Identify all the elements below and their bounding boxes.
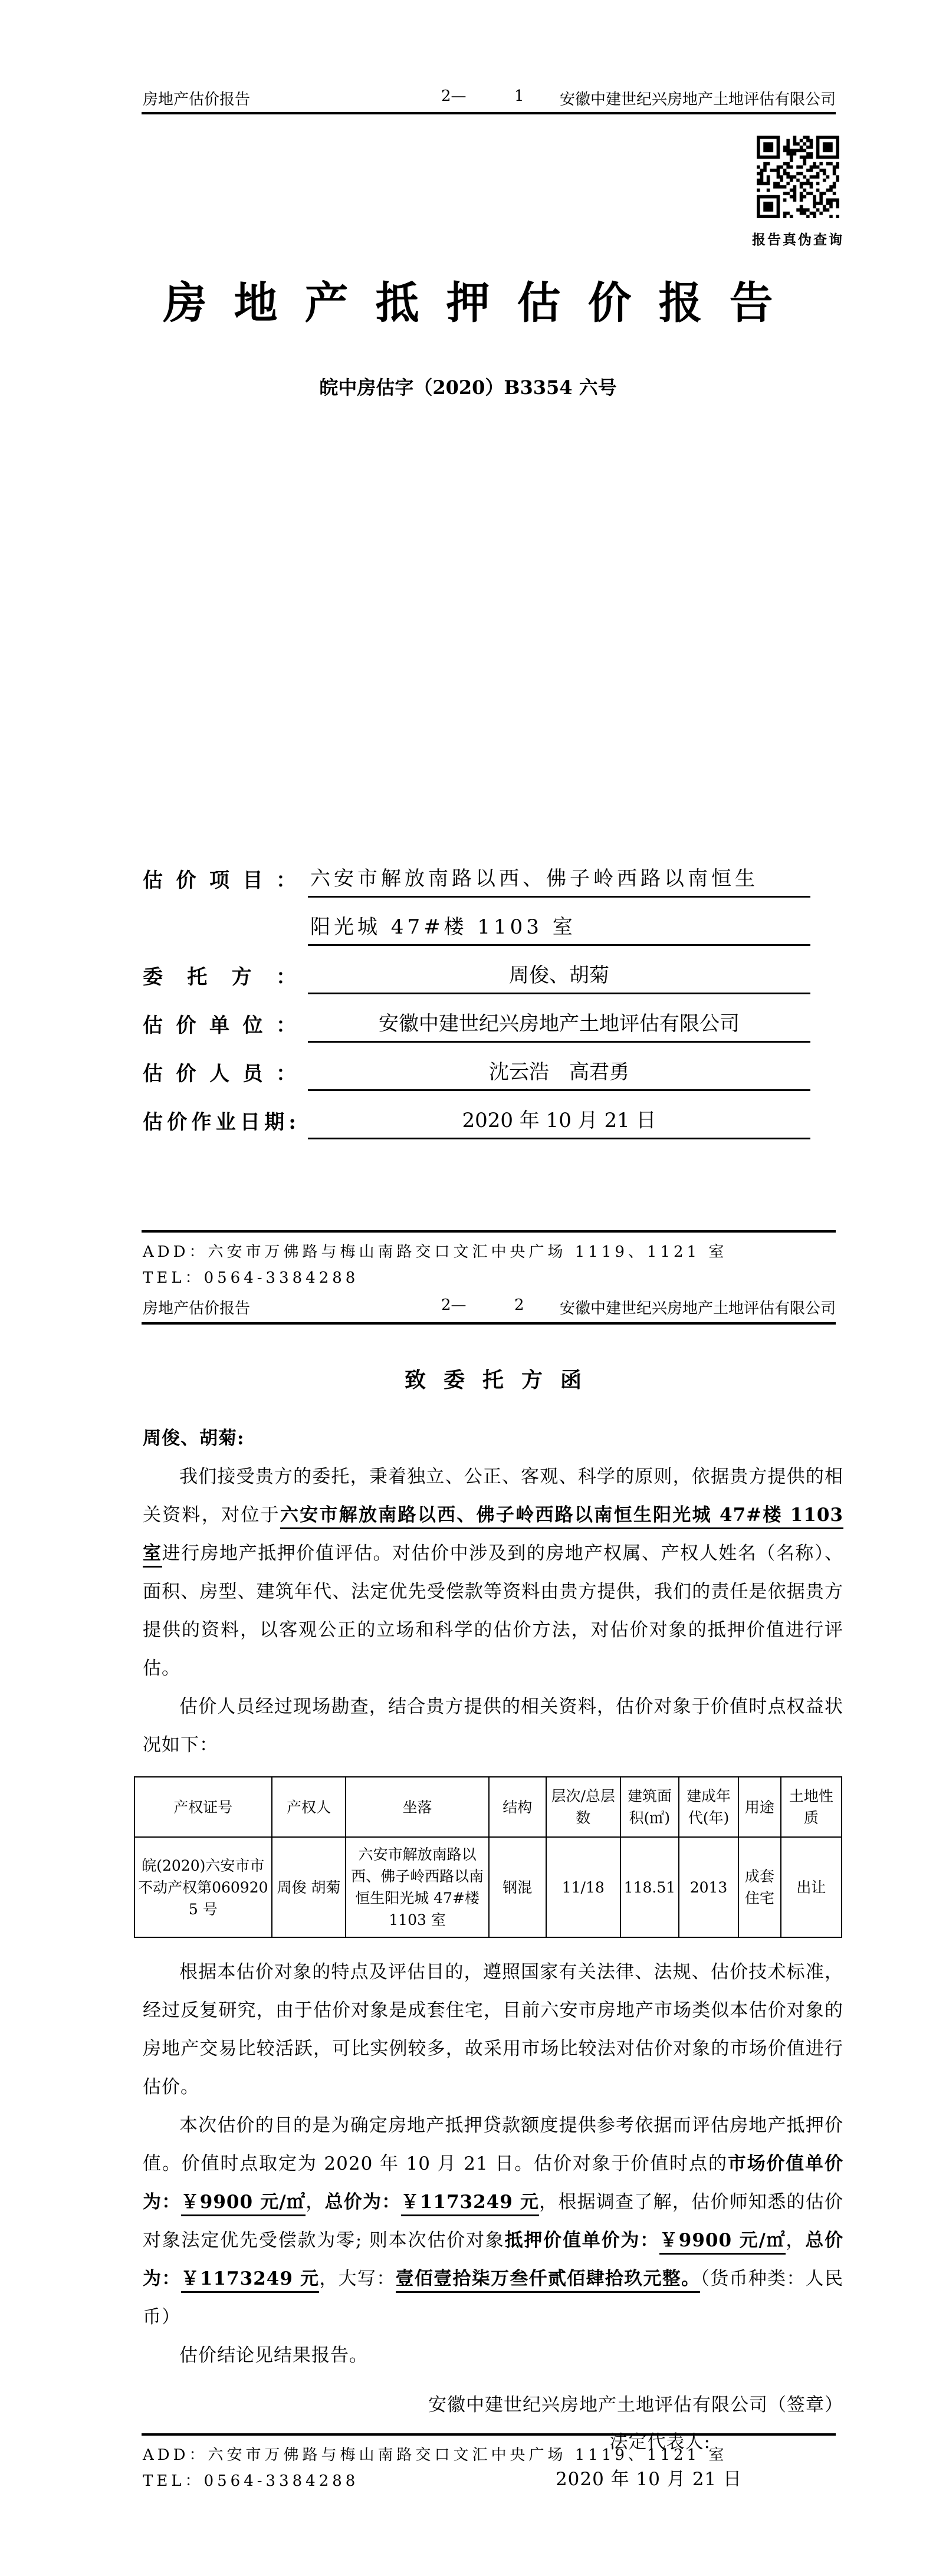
field-client-label: 委托方： [143, 961, 296, 994]
field-project-row: 估价项目： 六安市解放南路以西、佛子岭西路以南恒生 [143, 849, 810, 898]
field-client-row: 委托方： 周俊、胡菊 [143, 946, 810, 994]
field-agency-value: 安徽中建世纪兴房地产土地评估有限公司 [308, 1007, 810, 1043]
cell-area: 118.51 [620, 1837, 679, 1937]
header-company-name: 安徽中建世纪兴房地产土地评估有限公司 [560, 87, 836, 109]
field-project-line2: 阳光城 47#楼 1103 室 [308, 911, 810, 946]
cover-fields: 估价项目： 六安市解放南路以西、佛子岭西路以南恒生 阳光城 47#楼 1103 … [143, 849, 810, 1139]
col-structure: 结构 [489, 1777, 546, 1837]
paragraph-conclusion: 估价结论见结果报告。 [143, 2337, 843, 2375]
page1-running-header: 房地产估价报告 2— 1 安徽中建世纪兴房地产土地评估有限公司 [143, 87, 836, 107]
page2-footer-rule [142, 2433, 836, 2436]
field-staff-label: 估价人员： [143, 1057, 296, 1091]
cell-floor: 11/18 [546, 1837, 620, 1937]
report-title: 房地产抵押估价报告 [0, 268, 936, 331]
cell-year: 2013 [679, 1837, 738, 1937]
field-project-row2: 阳光城 47#楼 1103 室 [143, 898, 810, 946]
header-page-number: 2 [514, 1296, 524, 1314]
cell-location: 六安市解放南路以西、佛子岭西路以南恒生阳光城 47#楼 1103 室 [346, 1837, 488, 1937]
property-rights-table: 产权证号 产权人 坐落 结构 层次/总层数 建筑面积(㎡) 建成年代(年) 用途… [134, 1776, 842, 1938]
field-client-value: 周俊、胡菊 [308, 959, 810, 994]
page1-footer-tel: TEL：0564-3384288 [143, 1266, 839, 1287]
page2-footer-tel: TEL：0564-3384288 [143, 2469, 839, 2490]
field-staff-value: 沈云浩 高君勇 [308, 1056, 810, 1091]
field-date-row: 估价作业日期: 2020 年 10 月 21 日 [143, 1091, 810, 1139]
letter-body: 致委托方函 周俊、胡菊: 我们接受贵方的委托，秉着独立、公正、客观、科学的原则，… [143, 1359, 843, 2498]
paragraph-intro: 我们接受贵方的委托，秉着独立、公正、客观、科学的原则，依据贵方提供的相关资料，对… [143, 1458, 843, 1688]
col-floor: 层次/总层数 [546, 1777, 620, 1837]
qr-verification-block [757, 136, 839, 224]
market-unit-price-value: ￥9900 元/㎡ [181, 2191, 306, 2216]
col-year: 建成年代(年) [679, 1777, 738, 1837]
letter-salutation: 周俊、胡菊: [143, 1420, 843, 1458]
cell-owner: 周俊 胡菊 [272, 1837, 346, 1937]
total-price-label: 总价为： [325, 2191, 401, 2213]
table-header-row: 产权证号 产权人 坐落 结构 层次/总层数 建筑面积(㎡) 建成年代(年) 用途… [134, 1777, 842, 1837]
page1-footer-rule [142, 1230, 836, 1233]
page1-footer-address: ADD：六安市万佛路与梅山南路交口文汇中央广场 1119、1121 室 [143, 1240, 839, 1261]
report-doc-number: 皖中房估字（2020）B3354 六号 [0, 373, 936, 400]
header-page-total: 2— [441, 1296, 467, 1314]
market-total-price-value: ￥1173249 元 [401, 2191, 540, 2216]
letter-title: 致委托方函 [143, 1359, 843, 1401]
page2-header-rule [142, 1322, 836, 1325]
col-owner: 产权人 [272, 1777, 346, 1837]
mortgage-unit-price-value: ￥9900 元/㎡ [659, 2230, 786, 2255]
col-location: 坐落 [346, 1777, 488, 1837]
header-rule [142, 112, 836, 114]
field-project-line1: 六安市解放南路以西、佛子岭西路以南恒生 [308, 862, 810, 898]
header-doc-type: 房地产估价报告 [143, 87, 250, 109]
page2-running-header: 房地产估价报告 2— 2 安徽中建世纪兴房地产土地评估有限公司 [143, 1296, 836, 1316]
field-project-label: 估价项目： [143, 864, 296, 898]
table-data-row: 皖(2020)六安市市不动产权第0609205 号 周俊 胡菊 六安市解放南路以… [134, 1837, 842, 1937]
field-date-label: 估价作业日期: [143, 1106, 296, 1139]
field-staff-row: 估价人员： 沈云浩 高君勇 [143, 1043, 810, 1091]
field-date-value: 2020 年 10 月 21 日 [308, 1104, 810, 1139]
cell-land-nature: 出让 [781, 1837, 842, 1937]
paragraph-survey: 估价人员经过现场勘查，结合贵方提供的相关资料，估价对象于价值时点权益状况如下： [143, 1688, 843, 1765]
qr-caption: 报告真伪查询 [747, 229, 849, 248]
cell-structure: 钢混 [489, 1837, 546, 1937]
qr-code-image [757, 136, 839, 218]
cell-cert-no: 皖(2020)六安市市不动产权第0609205 号 [134, 1837, 272, 1937]
field-agency-label: 估价单位： [143, 1009, 296, 1043]
header-page-total: 2— [441, 87, 467, 105]
header-company-name: 安徽中建世纪兴房地产土地评估有限公司 [560, 1296, 836, 1318]
col-use: 用途 [738, 1777, 781, 1837]
col-land-nature: 土地性质 [781, 1777, 842, 1837]
paragraph-method: 根据本估价对象的特点及评估目的，遵照国家有关法律、法规、估价技术标准，经过反复研… [143, 1953, 843, 2107]
page2-footer-address: ADD：六安市万佛路与梅山南路交口文汇中央广场 1119、1121 室 [143, 2443, 839, 2465]
header-doc-type: 房地产估价报告 [143, 1296, 250, 1318]
col-area: 建筑面积(㎡) [620, 1777, 679, 1837]
mortgage-total-price-value: ￥1173249 元 [181, 2268, 320, 2293]
col-cert-no: 产权证号 [134, 1777, 272, 1837]
field-agency-row: 估价单位： 安徽中建世纪兴房地产土地评估有限公司 [143, 994, 810, 1043]
mortgage-unit-price-label: 抵押价值单价为： [505, 2230, 659, 2251]
paragraph-valuation: 本次估价的目的是为确定房地产抵押贷款额度提供参考依据而评估房地产抵押价值。价值时… [143, 2107, 843, 2337]
cell-use: 成套住宅 [738, 1837, 781, 1937]
amount-in-words: 壹佰壹拾柒万叁仟贰佰肆拾玖元整。 [396, 2268, 701, 2293]
header-page-number: 1 [514, 87, 524, 105]
closing-company-seal: 安徽中建世纪兴房地产土地评估有限公司（签章） [143, 2387, 843, 2424]
